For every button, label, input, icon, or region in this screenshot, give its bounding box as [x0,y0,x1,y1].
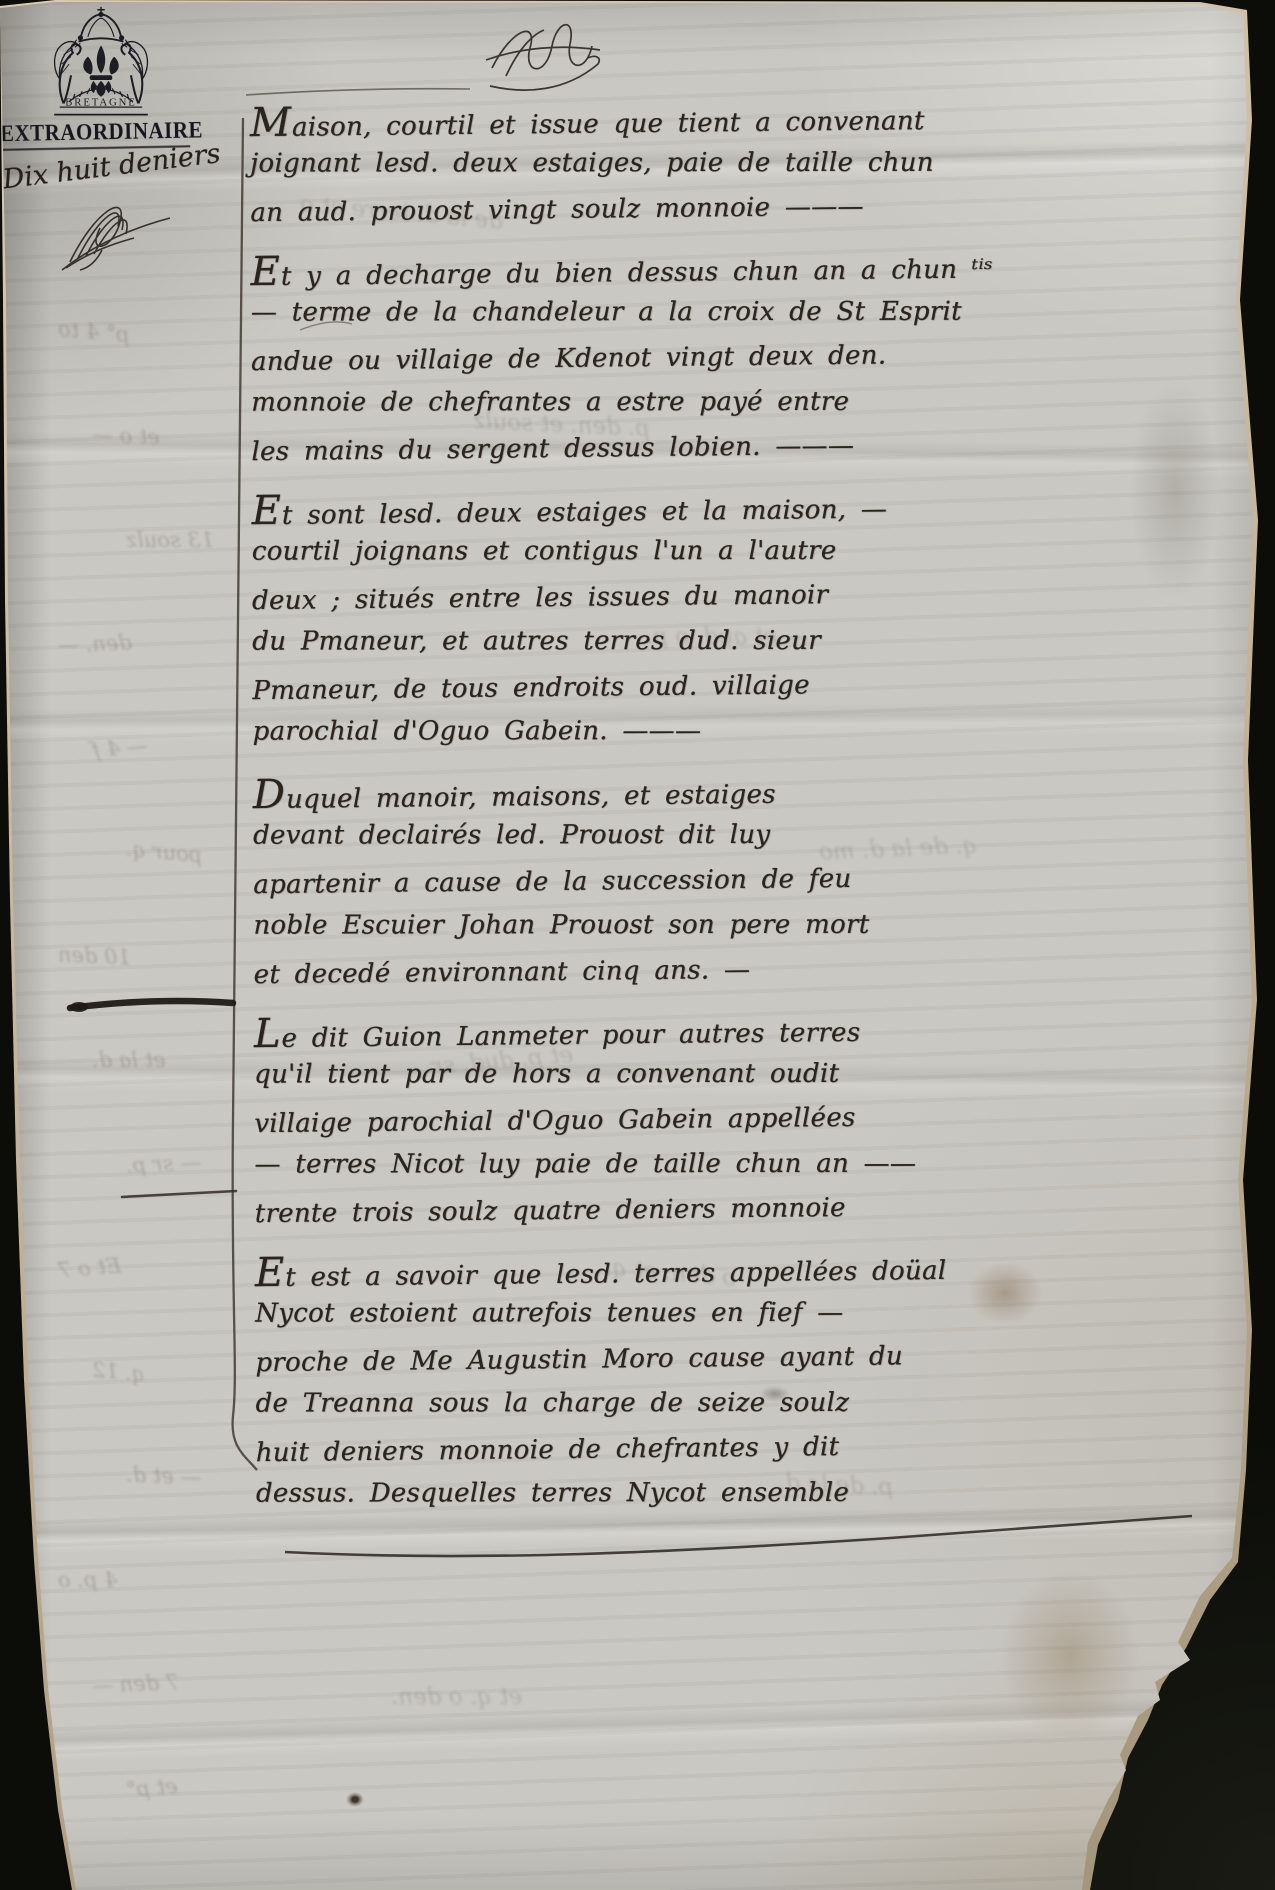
manuscript-line: joignant lesd. deux estaiges, paie de ta… [250,140,1235,186]
manuscript-line: Et sont lesd. deux estaiges et la maison… [251,479,1236,534]
manuscript-paragraph: Maison, courtil et issue que tient a con… [250,94,1236,233]
manuscript-paragraph: Et sont lesd. deux estaiges et la maison… [252,482,1238,756]
manuscript-line: Pmaneur, de tous endroits oud. villaige [252,659,1237,714]
manuscript-line: deux ; situés entre les issues du manoir [252,569,1237,624]
manuscript-paragraph: Le dit Guion Lanmeter pour autres terres… [254,1005,1240,1234]
top-paraph-icon [486,25,600,90]
manuscript-line: villaige parochial d'Oguo Gabein appellé… [254,1092,1239,1147]
manuscript-paragraph: Et y a decharge du bien dessus chun an a… [251,243,1237,472]
ink-blob [70,1002,88,1012]
fleur-de-lis-icon [83,45,118,97]
manuscript-line: les mains du sergent dessus lobien. ——— [251,420,1236,475]
manuscript-line: Maison, courtil et issue que tient a con… [250,91,1235,146]
manuscript-line: courtil joignans et contigus l'un a l'au… [252,528,1237,574]
photo-background: p° 4 toet o —13 soulzden. —— 4 fpour q.1… [0,0,1275,1890]
bretagne-coat-of-arms-icon: BRETAGNE [26,6,176,124]
manuscript-line: noble Escuier Johan Prouost son pere mor… [253,902,1238,948]
manuscript-line: apartenir a cause de la succession de fe… [253,853,1238,908]
manuscript-line: Et y a decharge du bien dessus chun an a… [250,240,1235,295]
manuscript-line: devant declairés led. Prouost dit luy [253,812,1238,858]
manuscript-line: an aud. prouost vingt soulz monnoie ——— [250,181,1235,236]
manuscript-line: proche de Me Augustin Moro cause ayant d… [255,1331,1240,1386]
top-rule [246,89,470,95]
manuscript-line: — terme de la chandeleur a la croix de S… [251,289,1236,335]
margin-dash [122,1191,236,1197]
manuscript-line: trente trois soulz quatre deniers monnoi… [255,1182,1240,1237]
manuscript-line: parochial d'Oguo Gabein. ——— [253,708,1238,754]
manuscript-line: monnoie de chefrantes a estre payé entre [251,379,1236,425]
manuscript-line: huit deniers monnoie de chefrantes y dit [256,1421,1241,1476]
manuscript-line: et decedé environnant cinq ans. — [253,943,1238,998]
manuscript-paragraph: Duquel manoir, maisons, et estaigesdevan… [253,766,1239,995]
manuscript-line: Duquel manoir, maisons, et estaiges [253,763,1238,818]
stamp-paraph-icon [62,207,170,270]
manuscript-line: andue ou villaige de Kdenot vingt deux d… [251,330,1236,385]
manuscript-line: dessus. Desquelles terres Nycot ensemble [256,1470,1241,1516]
manuscript-line: — terres Nicot luy paie de taille chun a… [255,1141,1240,1187]
stamp-region-label: BRETAGNE [65,96,136,108]
manuscript-line: de Treanna sous la charge de seize soulz [256,1380,1241,1426]
document-page: p° 4 toet o —13 soulzden. —— 4 fpour q.1… [0,0,1275,1890]
manuscript-line: Nycot estoient autrefois tenues en fief … [255,1290,1240,1336]
manuscript-line: Le dit Guion Lanmeter pour autres terres [254,1002,1239,1057]
manuscript-line: Et est a savoir que lesd. terres appellé… [255,1241,1240,1296]
margin-dash-heavy [70,1001,233,1008]
manuscript-text: Maison, courtil et issue que tient a con… [250,94,1241,1532]
manuscript-paragraph: Et est a savoir que lesd. terres appellé… [255,1244,1241,1518]
manuscript-line: qu'il tient par de hors a convenant oudi… [254,1051,1239,1097]
manuscript-line: du Pmaneur, et autres terres dud. sieur [252,618,1237,664]
